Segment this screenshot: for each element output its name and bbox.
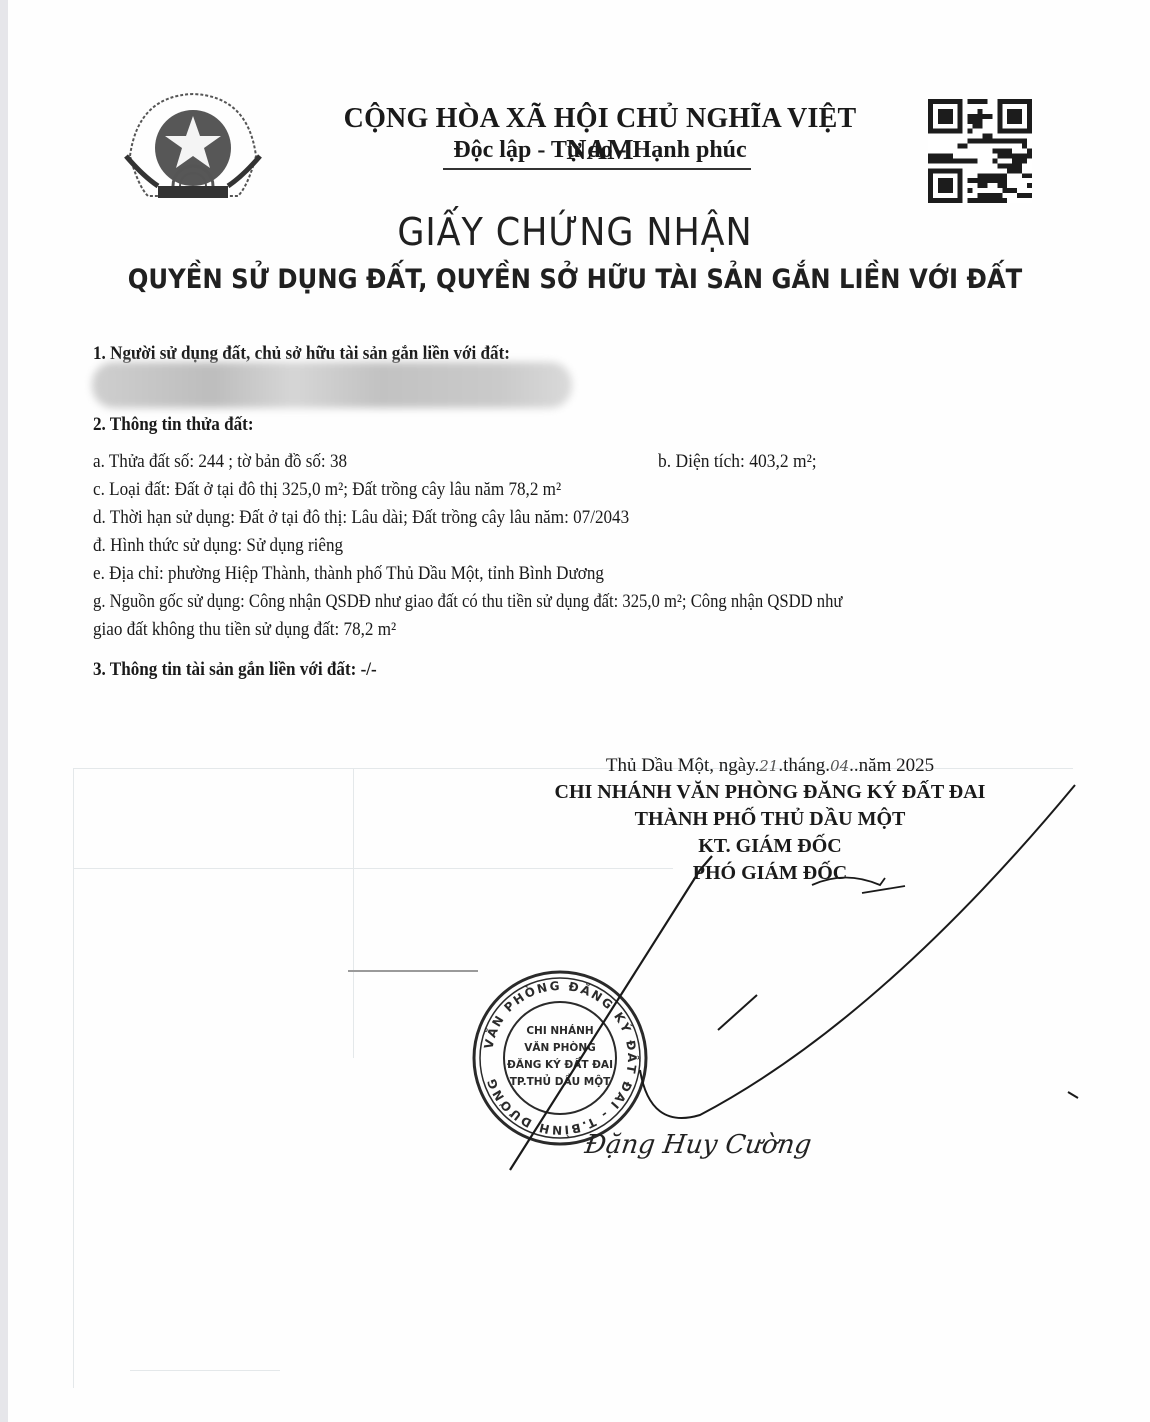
national-emblem-icon xyxy=(118,86,268,216)
usage-term-line: d. Thời hạn sử dụng: Đất ở tại đô thị: L… xyxy=(93,507,629,529)
land-type-line: c. Loại đất: Đất ở tại đô thị 325,0 m²; … xyxy=(93,479,561,501)
qr-code-icon xyxy=(928,98,1032,204)
dashed-line xyxy=(348,970,478,972)
svg-text:ĐĂNG KÝ ĐẤT ĐAI: ĐĂNG KÝ ĐẤT ĐAI xyxy=(507,1056,613,1071)
signer-role: PHÓ GIÁM ĐỐC xyxy=(500,862,1040,885)
issuing-city: THÀNH PHỐ THỦ DẦU MỘT xyxy=(500,808,1040,831)
ghost-line xyxy=(353,768,354,1058)
date-prefix: Thủ Dầu Một, ngày. xyxy=(606,755,759,776)
issue-date: Thủ Dầu Một, ngày.21.tháng.04..năm 2025 xyxy=(500,755,1040,777)
usage-form-line: đ. Hình thức sử dụng: Sử dụng riêng xyxy=(93,535,343,557)
origin-line-1: g. Nguồn gốc sử dụng: Công nhận QSDĐ như… xyxy=(93,591,842,613)
section-2-heading: 2. Thông tin thửa đất: xyxy=(93,414,254,436)
svg-text:CHI NHÁNH: CHI NHÁNH xyxy=(526,1024,593,1037)
address-line: e. Địa chỉ: phường Hiệp Thành, thành phố… xyxy=(93,563,604,585)
month-prefix: .tháng. xyxy=(778,755,830,776)
signature-block: Thủ Dầu Một, ngày.21.tháng.04..năm 2025 … xyxy=(500,755,1040,885)
area-line: b. Diện tích: 403,2 m²; xyxy=(658,451,817,473)
ghost-line xyxy=(130,1370,280,1371)
parcel-number-line: a. Thửa đất số: 244 ; tờ bản đồ số: 38 xyxy=(93,451,347,473)
svg-text:TP.THỦ DẦU MỘT: TP.THỦ DẦU MỘT xyxy=(510,1074,611,1088)
year-text: ..năm 2025 xyxy=(849,755,934,776)
origin-line-2: giao đất không thu tiền sử dụng đất: 78,… xyxy=(93,619,396,641)
svg-text:VĂN PHÒNG: VĂN PHÒNG xyxy=(524,1041,596,1054)
signing-authority: KT. GIÁM ĐỐC xyxy=(500,835,1040,858)
signer-name: Đặng Huy Cường xyxy=(583,1130,813,1160)
certificate-title: GIẤY CHỨNG NHẬN xyxy=(46,210,1104,254)
handwritten-month: 04 xyxy=(830,757,849,775)
ghost-line xyxy=(73,768,74,1388)
motto-underline xyxy=(443,168,751,170)
official-seal-icon: VĂN PHÒNG ĐĂNG KÝ ĐẤT ĐAI - T.BÌNH DƯƠNG… xyxy=(470,968,650,1148)
redacted-owner-name xyxy=(92,362,572,408)
handwritten-day: 21 xyxy=(759,757,778,775)
section-3-heading: 3. Thông tin tài sản gắn liền với đất: -… xyxy=(93,659,377,681)
certificate-subtitle: QUYỀN SỬ DỤNG ĐẤT, QUYỀN SỞ HỮU TÀI SẢN … xyxy=(58,264,1093,295)
scan-left-edge xyxy=(0,0,8,1422)
national-motto: Độc lập - Tự do - Hạnh phúc xyxy=(320,137,880,164)
issuing-office: CHI NHÁNH VĂN PHÒNG ĐĂNG KÝ ĐẤT ĐAI xyxy=(500,781,1040,804)
